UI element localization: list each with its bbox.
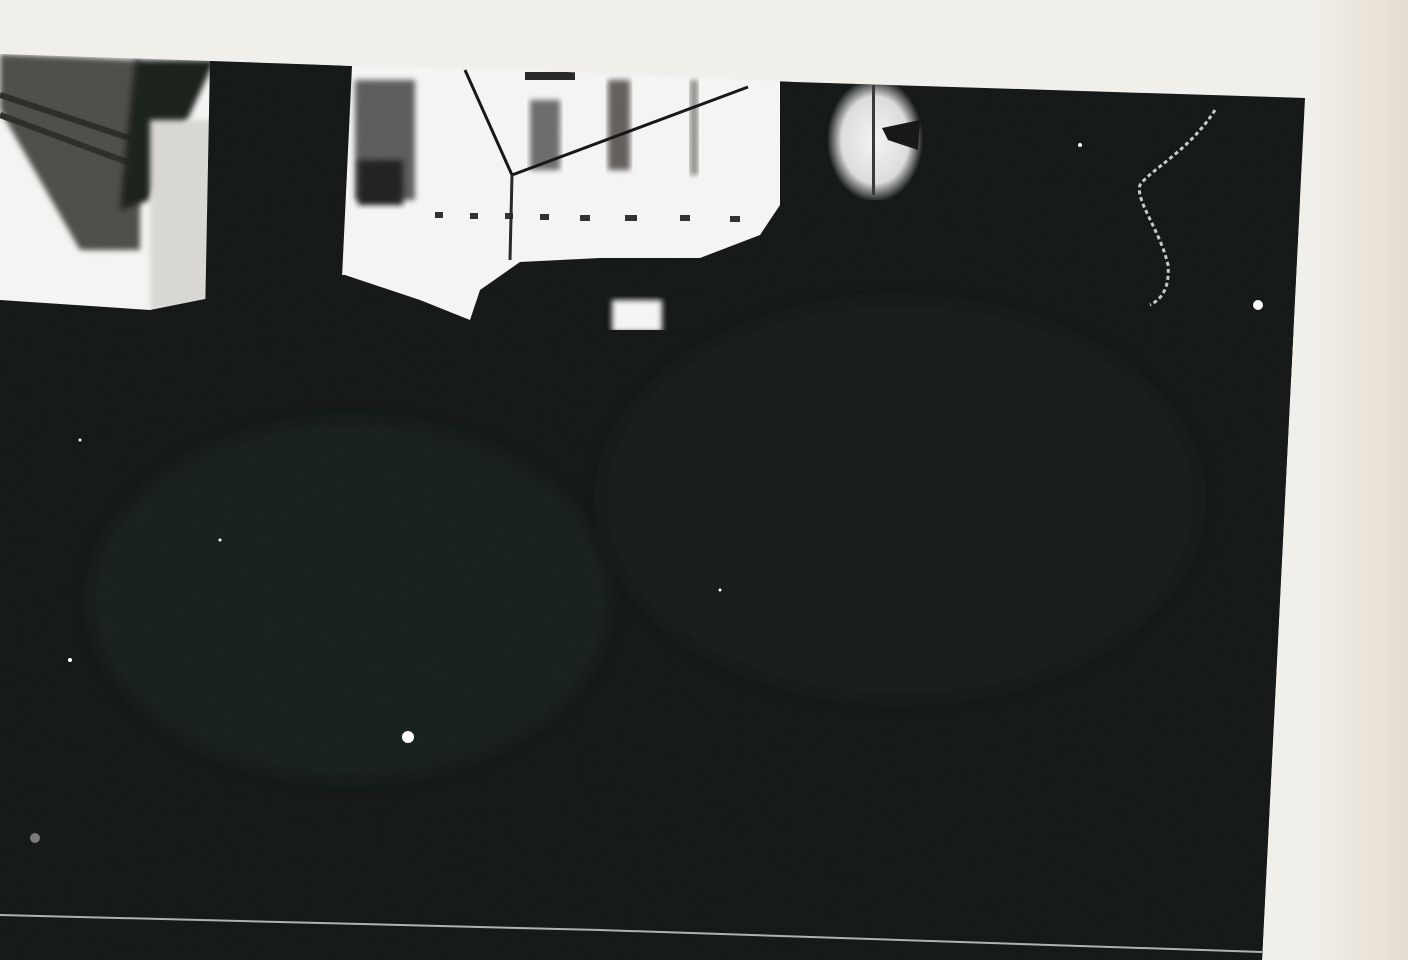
photo-print <box>0 0 1408 960</box>
scanned-photograph <box>0 0 1408 960</box>
film-grain <box>0 0 1408 960</box>
